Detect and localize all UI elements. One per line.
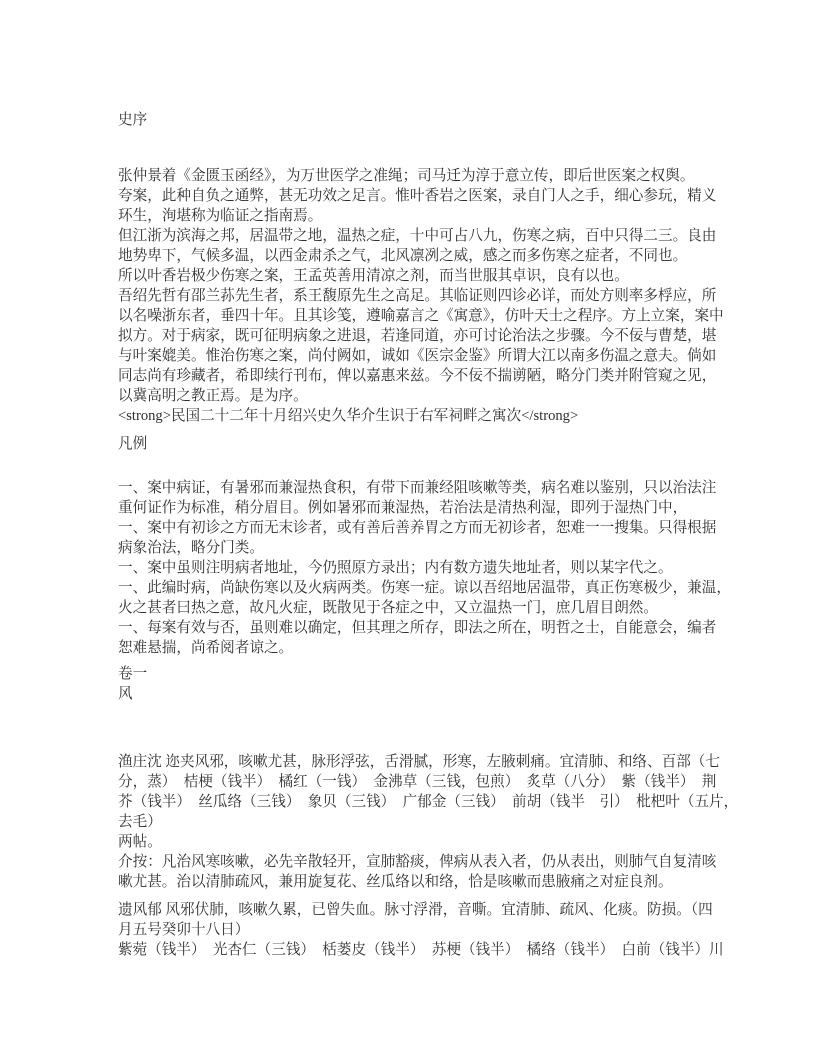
fanli-heading: 凡例 — [118, 434, 708, 454]
fanli-body: 一、案中病证，有暑邪而兼湿热食积，有带下而兼经阻咳嗽等类，病名难以鉴别，只以治法… — [118, 478, 708, 658]
text-line: 嗽尤甚。治以清肺疏风，兼用旋复花、丝瓜络以和络，恰是咳嗽而患腋痛之对症良剂。 — [118, 872, 708, 892]
text-line: 所以叶香岩极少伤寒之案，王孟英善用清凉之剂，而当世服其卓识，良有以也。 — [118, 266, 708, 286]
text-line: 两帖。 — [118, 832, 708, 852]
preface-body: 张仲景着《金匮玉函经》，为万世医学之准绳；司马迁为淳于意立传，即后世医案之权舆。… — [118, 166, 708, 426]
text-line: 但江浙为滨海之邦，居温带之地，温热之症，十中可占八九，伤寒之病，百中只得二三。良… — [118, 226, 708, 246]
text-line: 同志尚有珍藏者，希即续行刊布，俾以嘉惠来兹。今不佞不揣谫陋，略分门类并附管窥之见… — [118, 366, 708, 386]
document-page: 史序 张仲景着《金匮玉函经》，为万世医学之准绳；司马迁为淳于意立传，即后世医案之… — [0, 0, 816, 1056]
text-line: 紫菀（钱半） 光杏仁（三钱） 栝蒌皮（钱半） 苏梗（钱半） 橘络（钱半） 白前（… — [118, 940, 708, 960]
preface-heading: 史序 — [118, 110, 708, 130]
text-line: 去毛） — [118, 812, 708, 832]
text-line: 以名噪浙东者，垂四十年。且其诊笺，遵喻嘉言之《寓意》，仿叶天士之程序。方上立案，… — [118, 306, 708, 326]
text-line: 月五号癸卯十八日） — [118, 920, 708, 940]
text-line: 渔庄沈 迩夹风邪，咳嗽尤甚，脉形浮弦，舌滑腻，形寒，左腋刺痛。宜清肺、和络、百部… — [118, 752, 708, 772]
case-record-yuzhuang-shen: 渔庄沈 迩夹风邪，咳嗽尤甚，脉形浮弦，舌滑腻，形寒，左腋刺痛。宜清肺、和络、百部… — [118, 752, 708, 892]
volume-heading-block: 卷一 风 — [118, 664, 708, 704]
text-line: 与叶案媲美。惟治伤寒之案，尚付阙如，诚如《医宗金鉴》所谓大江以南多伤温之意夫。倘… — [118, 346, 708, 366]
case-record-yifeng-yu: 遗风郁 风邪伏肺，咳嗽久累，已曾失血。脉寸浮滑，音嘶。宜清肺、疏风、化痰。防损。… — [118, 900, 708, 960]
text-line: 张仲景着《金匮玉函经》，为万世医学之准绳；司马迁为淳于意立传，即后世医案之权舆。 — [118, 166, 708, 186]
text-line: 重何证作为标准，稍分眉目。例如暑邪而兼湿热，若治法是清热利湿，即列于湿热门中， — [118, 498, 708, 518]
text-line: 以冀高明之教正焉。是为序。 — [118, 386, 708, 406]
text-line: 遗风郁 风邪伏肺，咳嗽久累，已曾失血。脉寸浮滑，音嘶。宜清肺、疏风、化痰。防损。… — [118, 900, 708, 920]
text-line: 恕难悬揣，尚希阅者谅之。 — [118, 638, 708, 658]
text-line: 介按：凡治风寒咳嗽，必先辛散轻开，宣肺豁痰，俾病从表入者，仍从表出，则肺气自复清… — [118, 852, 708, 872]
text-line: 一、案中病证，有暑邪而兼湿热食积，有带下而兼经阻咳嗽等类，病名难以鉴别，只以治法… — [118, 478, 708, 498]
chapter-title: 风 — [118, 684, 708, 704]
document-content: 史序 张仲景着《金匮玉函经》，为万世医学之准绳；司马迁为淳于意立传，即后世医案之… — [118, 110, 708, 960]
text-line: 病象治法，略分门类。 — [118, 538, 708, 558]
text-line: 火之甚者曰热之意，故凡火症，既散见于各症之中，又立温热一门，庶几眉目朗然。 — [118, 598, 708, 618]
text-line: 一、案中虽则注明病者地址，今仍照原方录出；内有数方遗失地址者，则以某字代之。 — [118, 558, 708, 578]
text-line: 芥（钱半） 丝瓜络（三钱） 象贝（三钱） 广郁金（三钱） 前胡（钱半 引） 枇杷… — [118, 792, 708, 812]
text-line: 一、此编时病，尚缺伤寒以及火病两类。伤寒一症。谅以吾绍地居温带，真正伤寒极少，兼… — [118, 578, 708, 598]
text-line: <strong>民国二十二年十月绍兴史久华介生识于右军祠畔之寓次</strong… — [118, 406, 708, 426]
text-line: 环生，洵堪称为临证之指南焉。 — [118, 206, 708, 226]
text-line: 分，蒸） 桔梗（钱半） 橘红（一钱） 金沸草（三钱，包煎） 炙草（八分） 紫（钱… — [118, 772, 708, 792]
volume-title: 卷一 — [118, 664, 708, 684]
text-line: 吾绍先哲有邵兰荪先生者，系王馥原先生之高足。其临证则四诊必详，而处方则率多桴应，… — [118, 286, 708, 306]
text-line: 拟方。对于病家，既可征明病象之进退，若逢同道，亦可讨论治法之步骤。今不佞与曹楚，… — [118, 326, 708, 346]
text-line: 夸案，此种自负之通弊，甚无功效之足言。惟叶香岩之医案，录自门人之手，细心参玩，精… — [118, 186, 708, 206]
text-line: 一、每案有效与否，虽则难以确定，但其理之所存，即法之所在，明哲之士，自能意会，编… — [118, 618, 708, 638]
text-line: 一、案中有初诊之方而无末诊者，或有善后善养胃之方而无初诊者，恕难一一搜集。只得根… — [118, 518, 708, 538]
text-line: 地势卑下，气候多温，以西金肃杀之气，北风凛冽之威，感之而多伤寒之症者，不同也。 — [118, 246, 708, 266]
